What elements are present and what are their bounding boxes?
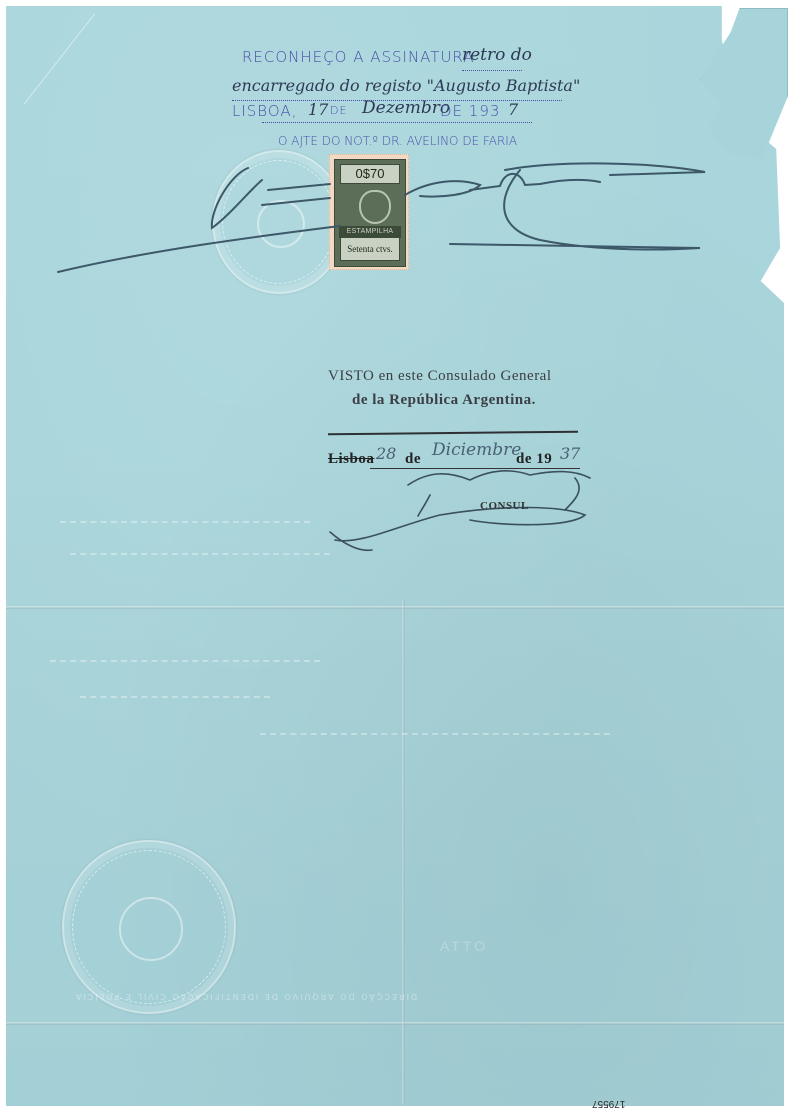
consulate-de-label: de [405,451,421,468]
consul-role-label: CONSUL [480,500,529,512]
consulate-visa-line2: de la República Argentina. [352,392,536,409]
consulate-year-suffix: 37 [560,444,580,463]
serial-number: 179557 [592,1098,625,1109]
consulate-visa-line1: VISTO en este Consulado General [328,368,552,385]
civil-identification-embossed-seal: DIRECÇÃO DO ARQUIVO DE IDENTIFICAÇÃO CIV… [62,840,236,1014]
consulate-fill-line [370,468,580,469]
consulate-month: Diciembre [432,440,521,460]
seal-inscription: DIRECÇÃO DO ARQUIVO DE IDENTIFICAÇÃO CIV… [74,992,417,1001]
notary-signature-icon [58,163,705,272]
faint-bleed-through-word: ATTO [440,938,488,954]
consulate-city-label: Lisboa [328,451,374,468]
consulate-day: 28 [376,444,396,463]
consulate-year-prefix: de 19 [516,451,552,468]
